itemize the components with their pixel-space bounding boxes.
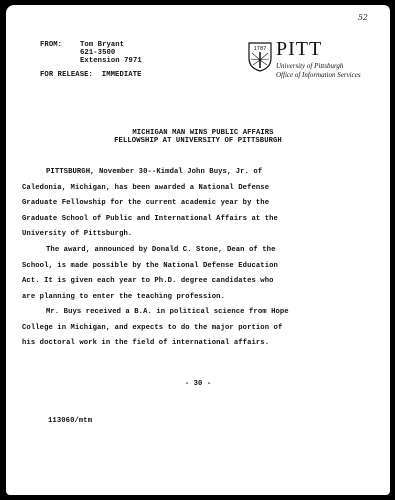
paragraph-1: PITTSBURGH, November 30--Kimdal John Buy… [22,165,352,243]
university-name: University of Pittsburgh [276,62,343,70]
pitt-letterhead: 1787 PITT University of Pittsburgh Offic… [248,38,395,88]
headline-line-2: FELLOWSHIP AT UNIVERSITY OF PITTSBURGH [6,137,390,145]
svg-text:1787: 1787 [254,46,267,52]
release-value: IMMEDIATE [102,71,142,79]
paragraph-line: Mr. Buys received a B.A. in political sc… [22,305,352,321]
pitt-wordmark: PITT [276,38,322,61]
release-label: FOR RELEASE: [40,71,93,79]
reference-code: 113060/mtm [48,417,92,425]
from-block: FROM:Tom Bryant 621-3500 Extension 7971 [40,41,142,65]
office-name: Office of Information Services [276,71,361,79]
paragraph-line: PITTSBURGH, November 30--Kimdal John Buy… [22,165,352,181]
paragraph-line: are planning to enter the teaching profe… [22,290,352,306]
headline-line-1: MICHIGAN MAN WINS PUBLIC AFFAIRS [16,129,390,137]
paragraph-line: his doctoral work in the field of intern… [22,336,352,352]
paragraph-line: University of Pittsburgh. [22,227,352,243]
document-page: 52 1787 PITT University of Pittsburgh Of… [6,5,390,495]
paragraph-line: Caledonia, Michigan, has been awarded a … [22,181,352,197]
end-mark: - 30 - [6,380,390,388]
paragraph-line: Act. It is given each year to Ph.D. degr… [22,274,352,290]
paragraph-line: School, is made possible by the National… [22,259,352,275]
release-line: FOR RELEASE: IMMEDIATE [40,71,142,79]
paragraph-line: Graduate Fellowship for the current acad… [22,196,352,212]
paragraph-3: Mr. Buys received a B.A. in political sc… [22,305,352,352]
paragraph-line: College in Michigan, and expects to do t… [22,321,352,337]
from-label: FROM: [40,41,80,49]
paragraph-line: The award, announced by Donald C. Stone,… [22,243,352,259]
from-name: Tom Bryant [80,41,124,49]
paragraph-2: The award, announced by Donald C. Stone,… [22,243,352,305]
from-phone: 621-3500 [80,49,115,57]
page-number: 52 [358,13,368,22]
paragraph-line: Graduate School of Public and Internatio… [22,212,352,228]
university-seal-icon: 1787 [248,42,272,72]
from-extension: Extension 7971 [80,57,142,65]
headline: MICHIGAN MAN WINS PUBLIC AFFAIRS FELLOWS… [6,129,390,145]
